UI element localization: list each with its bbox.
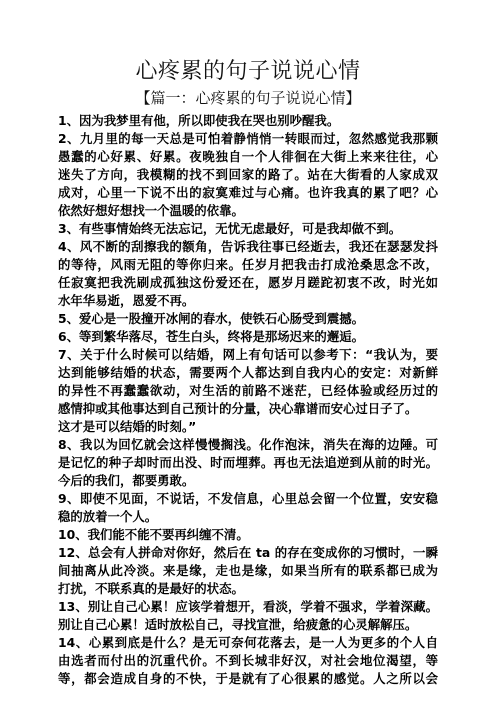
text-line: 间抽离从此冷淡。来是缘，走也是缘，如果当所有的联系都已成为 xyxy=(58,562,438,580)
text-line: 1、因为我梦里有他，所以即使我在哭也别吵醒我。 xyxy=(58,112,438,130)
text-line: 的异性不再蠢蠢欲动，对生活的前路不迷茫，已经体验或经历过的 xyxy=(58,382,438,400)
text-line: 感情抑或其他事达到自己预计的分量，决心靠谱而安心过日子了。 xyxy=(58,400,438,418)
text-line: 9、即使不见面，不说话，不发信息，心里总会留一个位置，安安稳 xyxy=(58,490,438,508)
text-line: 水年华易逝，恩爱不再。 xyxy=(58,292,438,310)
text-line: 稳的放着一个人。 xyxy=(58,508,438,526)
text-line: 迷失了方向，我模糊的找不到回家的路了。站在大街看的人家成双 xyxy=(58,166,438,184)
document-title: 心疼累的句子说说心情 xyxy=(0,58,496,86)
text-line: 今后的我们，都要勇敢。 xyxy=(58,472,438,490)
text-line: 10、我们能不能不要再纠缠不清。 xyxy=(58,526,438,544)
text-line: 13、别让自己心累！应该学着想开，看淡，学着不强求，学着深藏。 xyxy=(58,598,438,616)
text-line: 7、关于什么时候可以结婚，网上有句话可以参考下：“我认为，要 xyxy=(58,346,438,364)
text-line: 12、总会有人拼命对你好，然后在 ta 的存在变成你的习惯时，一瞬 xyxy=(58,544,438,562)
text-line: 达到能够结婚的状态，需要两个人都达到自我内心的安定：对新鲜 xyxy=(58,364,438,382)
text-line: 14、心累到底是什么？是无可奈何花落去，是一人为更多的个人自 xyxy=(58,634,438,652)
text-line: 等，都会造成自身的不快，于是就有了心很累的感觉。人之所以会 xyxy=(58,670,438,688)
text-line: 是记忆的种子却时而出没、时而埋葬。再也无法追逆到从前的时光。 xyxy=(58,454,438,472)
text-line: 依然好想好想找一个温暖的依靠。 xyxy=(58,202,438,220)
text-line: 这才是可以结婚的时刻。” xyxy=(58,418,438,436)
text-line: 由选者而付出的沉重代价。不到长城非好汉，对社会地位渴望，等 xyxy=(58,652,438,670)
text-line: 别让自己心累！适时放松自己，寻找宣泄，给疲惫的心灵解解压。 xyxy=(58,616,438,634)
text-line: 愚蠢的心好累、好累。夜晚独自一个人徘徊在大街上来来往往，心 xyxy=(58,148,438,166)
text-line: 2、九月里的每一天总是可怕着静悄悄一转眼而过，忽然感觉我那颗 xyxy=(58,130,438,148)
text-line: 的等待，风雨无阻的等你归来。任岁月把我击打成沧桑思念不改， xyxy=(58,256,438,274)
section-heading: 【篇一：心疼累的句子说说心情】 xyxy=(0,88,496,108)
text-line: 6、等到繁华落尽，苍生白头，终将是那场迟来的邂逅。 xyxy=(58,328,438,346)
text-line: 打扰，不联系真的是最好的状态。 xyxy=(58,580,438,598)
text-line: 5、爱心是一股撞开冰闸的春水，使铁石心肠受到震撼。 xyxy=(58,310,438,328)
text-line: 3、有些事情始终无法忘记，无忧无虑最好，可是我却做不到。 xyxy=(58,220,438,238)
document-body: 1、因为我梦里有他，所以即使我在哭也别吵醒我。 2、九月里的每一天总是可怕着静悄… xyxy=(58,112,438,688)
text-line: 8、我以为回忆就会这样慢慢搁浅。化作泡沫，消失在海的边陲。可 xyxy=(58,436,438,454)
text-line: 4、风不断的刮擦我的额角，告诉我往事已经逝去，我还在瑟瑟发抖 xyxy=(58,238,438,256)
document-page: 心疼累的句子说说心情 【篇一：心疼累的句子说说心情】 1、因为我梦里有他，所以即… xyxy=(0,0,496,702)
text-line: 成对，心里一下说不出的寂寞难过与心痛。也许我真的累了吧？心 xyxy=(58,184,438,202)
text-line: 任寂寞把我洗刷成孤独这份爱还在，愿岁月蹉跎初衷不改，时光如 xyxy=(58,274,438,292)
